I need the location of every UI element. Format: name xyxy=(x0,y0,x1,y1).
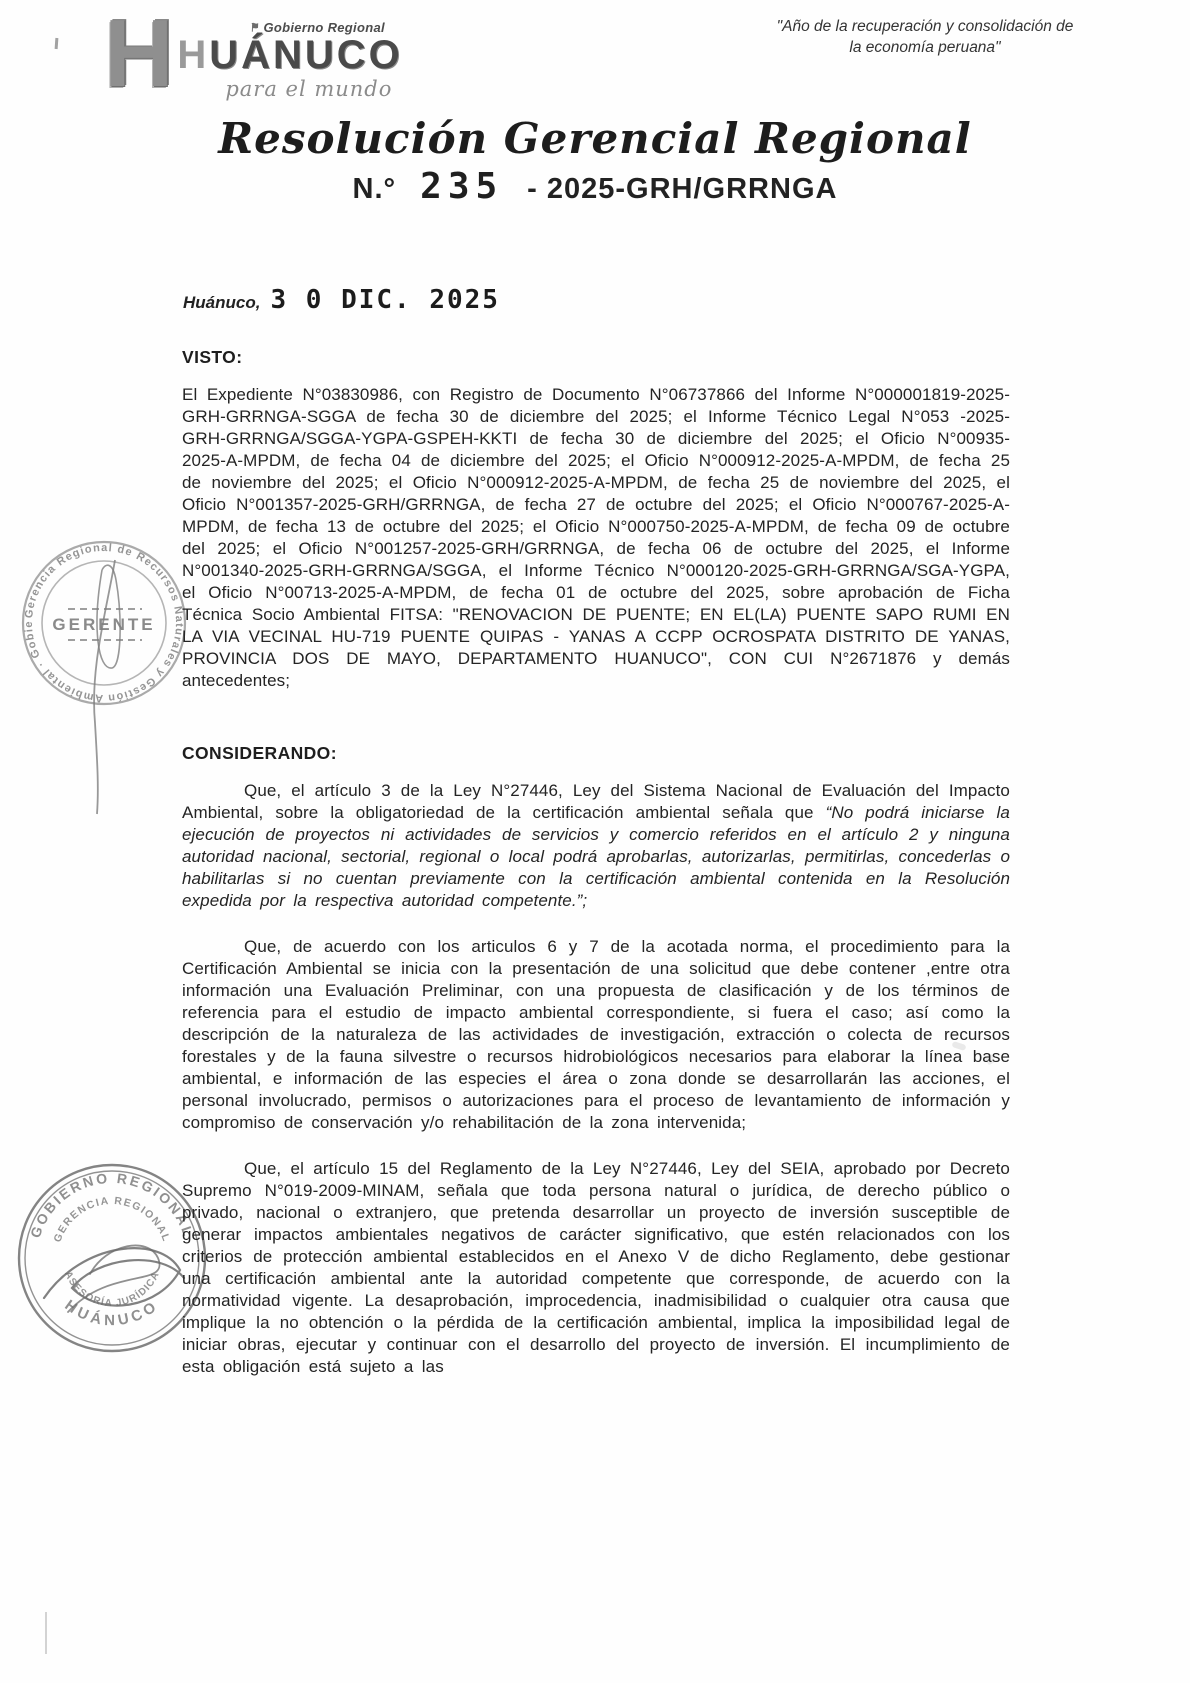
slogan-line-1: "Año de la recuperación y consolidación … xyxy=(750,16,1100,37)
scan-artifact-line xyxy=(45,1612,47,1654)
considerando-heading: CONSIDERANDO: xyxy=(182,742,1010,764)
logo-text-block: ⚑ Gobierno Regional HUÁNUCO para el mund… xyxy=(177,6,402,101)
seal-inner-top-text: GERENCIA REGIONAL xyxy=(52,1195,173,1244)
logo-huanuco-wordmark: HUÁNUCO xyxy=(177,35,402,75)
date-line: Huánuco, 3 0 DIC. 2025 xyxy=(183,285,500,315)
visto-paragraph: El Expediente N°03830986, con Registro d… xyxy=(182,384,1010,692)
svg-text:GERENCIA REGIONAL: GERENCIA REGIONAL xyxy=(52,1195,173,1244)
considerando-paragraph-1: Que, el artículo 3 de la Ley N°27446, Le… xyxy=(182,780,1010,912)
logo-wordmark-rest: UÁNUCO xyxy=(209,33,403,77)
section-gap xyxy=(182,716,1010,742)
resolution-number-stamp: 235 xyxy=(420,166,503,207)
seal-rim-text: Gerencia Regional de Recursos Naturales … xyxy=(16,518,185,704)
visto-heading: VISTO: xyxy=(182,346,1010,368)
scanned-resolution-page: H ⚑ Gobierno Regional HUÁNUCO para el mu… xyxy=(0,0,1190,1683)
resolution-number-suffix: - 2025-GRH/GRRNGA xyxy=(527,173,837,206)
flag-icon: ⚑ xyxy=(248,20,261,35)
regional-government-logo: H ⚑ Gobierno Regional HUÁNUCO para el mu… xyxy=(104,6,403,102)
gerente-round-seal: Gerencia Regional de Recursos Naturales … xyxy=(16,518,192,818)
signature-icon xyxy=(94,560,115,814)
resolution-title-block: Resolución Gerencial Regional N.° 235 - … xyxy=(0,116,1190,207)
date-stamp: 3 0 DIC. 2025 xyxy=(270,285,500,315)
considerando-paragraph-2: Que, de acuerdo con los articulos 6 y 7 … xyxy=(182,936,1010,1134)
resolution-number-line: N.° 235 - 2025-GRH/GRRNGA xyxy=(0,166,1190,207)
logo-tagline: para el mundo xyxy=(177,77,402,101)
resolution-number-prefix: N.° xyxy=(353,173,397,206)
date-place: Huánuco, xyxy=(183,293,260,313)
svg-text:Gerencia Regional de Recursos: Gerencia Regional de Recursos Naturales … xyxy=(16,518,185,704)
considerando-paragraph-3: Que, el artículo 15 del Reglamento de la… xyxy=(182,1158,1010,1378)
slogan-line-2: la economía peruana" xyxy=(750,37,1100,58)
logo-h-icon: H xyxy=(104,6,171,102)
logo-wordmark-initial: H xyxy=(177,33,209,77)
resolution-title: Resolución Gerencial Regional xyxy=(0,116,1190,162)
scan-artifact-tick xyxy=(55,38,59,49)
document-body: VISTO: El Expediente N°03830986, con Reg… xyxy=(182,346,1010,1402)
official-year-slogan: "Año de la recuperación y consolidación … xyxy=(750,16,1100,58)
